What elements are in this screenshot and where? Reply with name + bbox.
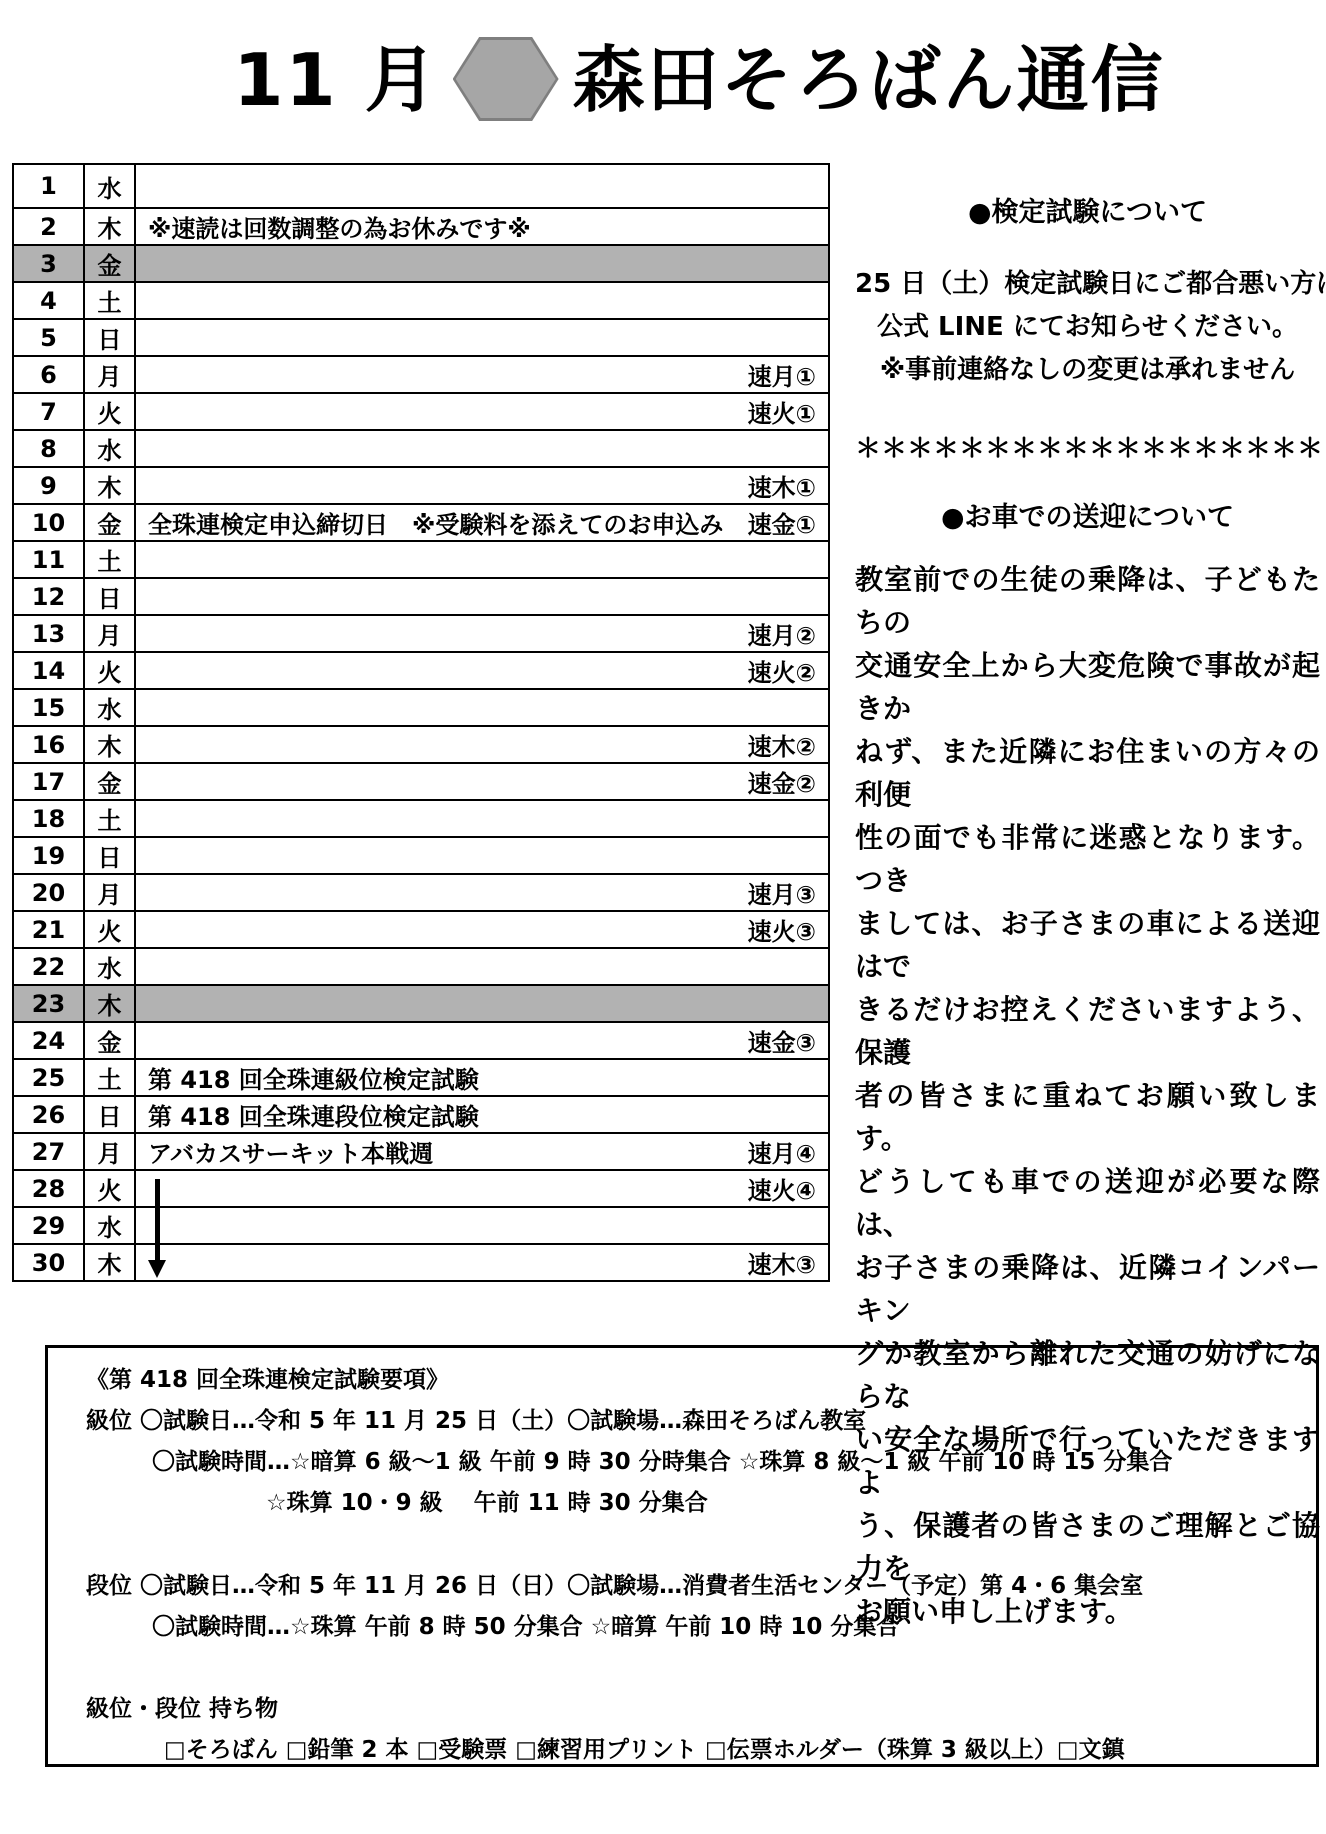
day-number: 17 <box>13 763 84 800</box>
weekday: 日 <box>84 837 135 874</box>
event-cell <box>135 985 829 1022</box>
day-number: 26 <box>13 1096 84 1133</box>
event-cell <box>135 164 829 208</box>
calendar-row-day-14: 14火速火② <box>13 652 829 689</box>
pickup-line: 交通安全上から大変危険で事故が起きか <box>855 644 1320 730</box>
weekday: 火 <box>84 1170 135 1207</box>
lesson-label: 速月② <box>748 616 816 651</box>
weekday: 木 <box>84 985 135 1022</box>
day-number: 9 <box>13 467 84 504</box>
weekday: 金 <box>84 763 135 800</box>
day-number: 4 <box>13 282 84 319</box>
calendar-row-day-15: 15水 <box>13 689 829 726</box>
newsletter-page: 11 月 森田そろばん通信 1水2木※速読は回数調整の為お休みです※3金4土5日… <box>0 0 1326 1834</box>
lesson-label: 速火① <box>748 394 816 429</box>
weekday: 木 <box>84 1244 135 1281</box>
weekday: 金 <box>84 245 135 282</box>
pickup-line: お子さまの乗降は、近隣コインパーキン <box>855 1246 1320 1332</box>
calendar-row-day-16: 16木速木② <box>13 726 829 763</box>
event-cell: 速火④ <box>135 1170 829 1207</box>
calendar-wrap: 1水2木※速読は回数調整の為お休みです※3金4土5日6月速月①7火速火①8水9木… <box>12 163 830 1282</box>
calendar-row-day-20: 20月速月③ <box>13 874 829 911</box>
title-month: 11 月 <box>233 22 438 126</box>
weekday: 月 <box>84 874 135 911</box>
day-number: 16 <box>13 726 84 763</box>
weekday: 月 <box>84 615 135 652</box>
lesson-label: 速木② <box>748 727 816 762</box>
event-cell: 速火① <box>135 393 829 430</box>
exam-section-line: 公式 LINE にてお知らせください。 <box>855 306 1320 349</box>
lesson-label: 速木③ <box>748 1245 816 1280</box>
calendar-row-day-11: 11土 <box>13 541 829 578</box>
event-cell: 速月③ <box>135 874 829 911</box>
pickup-line: ましては、お子さまの車による送迎はで <box>855 902 1320 988</box>
weekday: 金 <box>84 1022 135 1059</box>
calendar-row-day-27: 27月アバカスサーキット本戦週速月④ <box>13 1133 829 1170</box>
weekday: 火 <box>84 911 135 948</box>
calendar-row-day-22: 22水 <box>13 948 829 985</box>
newsletter-title: 11 月 森田そろばん通信 <box>36 22 1326 126</box>
event-cell: 第 418 回全珠連段位検定試験 <box>135 1096 829 1133</box>
event-cell: 速木③ <box>135 1244 829 1281</box>
calendar-table: 1水2木※速読は回数調整の為お休みです※3金4土5日6月速月①7火速火①8水9木… <box>12 163 830 1282</box>
calendar-row-day-30: 30木速木③ <box>13 1244 829 1281</box>
event-cell <box>135 282 829 319</box>
calendar-row-day-29: 29水 <box>13 1207 829 1244</box>
title-name: 森田そろばん通信 <box>573 22 1165 126</box>
weekday: 水 <box>84 948 135 985</box>
hexagon-icon <box>453 37 559 121</box>
belongings-checklist: □そろばん □鉛筆 2 本 □受験票 □練習用プリント □伝票ホルダー（珠算 3… <box>48 1730 1316 1771</box>
continuation-arrow-line <box>155 1179 160 1260</box>
kyui-exam-date-line: 級位 〇試験日…令和 5 年 11 月 25 日（土）〇試験場…森田そろばん教室 <box>48 1401 1316 1442</box>
calendar-row-day-1: 1水 <box>13 164 829 208</box>
event-cell <box>135 837 829 874</box>
day-number: 8 <box>13 430 84 467</box>
weekday: 火 <box>84 652 135 689</box>
lesson-label: 速金③ <box>748 1023 816 1058</box>
lesson-label: 速月① <box>748 357 816 392</box>
weekday: 木 <box>84 726 135 763</box>
day-number: 19 <box>13 837 84 874</box>
day-number: 27 <box>13 1133 84 1170</box>
day-number: 13 <box>13 615 84 652</box>
hexagon-icon-fill <box>456 40 556 118</box>
event-cell <box>135 541 829 578</box>
pickup-line: どうしても車での送迎が必要な際は、 <box>855 1160 1320 1246</box>
event-cell <box>135 319 829 356</box>
pickup-line: 教室前での生徒の乗降は、子どもたちの <box>855 558 1320 644</box>
day-number: 28 <box>13 1170 84 1207</box>
calendar-row-day-26: 26日第 418 回全珠連段位検定試験 <box>13 1096 829 1133</box>
event-cell <box>135 689 829 726</box>
weekday: 水 <box>84 1207 135 1244</box>
event-cell: 速月② <box>135 615 829 652</box>
event-cell: 第 418 回全珠連級位検定試験 <box>135 1059 829 1096</box>
weekday: 金 <box>84 504 135 541</box>
event-cell <box>135 948 829 985</box>
calendar-row-day-25: 25土第 418 回全珠連級位検定試験 <box>13 1059 829 1096</box>
weekday: 月 <box>84 356 135 393</box>
continuation-arrow <box>148 1179 166 1278</box>
asterisk-separator: ＊＊＊＊＊＊＊＊＊＊＊＊＊＊＊＊＊＊ <box>855 428 1320 465</box>
weekday: 木 <box>84 208 135 245</box>
continuation-arrow-head <box>148 1260 166 1278</box>
event-text: 第 418 回全珠連段位検定試験 <box>148 1097 479 1132</box>
calendar-row-day-17: 17金速金② <box>13 763 829 800</box>
day-number: 29 <box>13 1207 84 1244</box>
day-number: 15 <box>13 689 84 726</box>
lesson-label: 速火② <box>748 653 816 688</box>
weekday: 土 <box>84 800 135 837</box>
event-cell <box>135 430 829 467</box>
lesson-label: 速金② <box>748 764 816 799</box>
lesson-label: 速月④ <box>748 1134 816 1169</box>
event-cell: 速火③ <box>135 911 829 948</box>
weekday: 水 <box>84 430 135 467</box>
calendar-row-day-19: 19日 <box>13 837 829 874</box>
day-number: 3 <box>13 245 84 282</box>
event-cell: 速木① <box>135 467 829 504</box>
event-cell <box>135 800 829 837</box>
kyui-exam-time-line: 〇試験時間…☆暗算 6 級～1 級 午前 9 時 30 分時集合 ☆珠算 8 級… <box>48 1442 1316 1483</box>
day-number: 22 <box>13 948 84 985</box>
event-text: アバカスサーキット本戦週 <box>148 1134 433 1169</box>
day-number: 18 <box>13 800 84 837</box>
calendar-row-day-6: 6月速月① <box>13 356 829 393</box>
exam-requirements-box: 《第 418 回全珠連検定試験要項》 級位 〇試験日…令和 5 年 11 月 2… <box>45 1345 1319 1767</box>
kyui-exam-time-line2: ☆珠算 10・9 級 午前 11 時 30 分集合 <box>48 1483 1316 1524</box>
day-number: 10 <box>13 504 84 541</box>
event-cell: 全珠連検定申込締切日 ※受験料を添えてのお申込み速金① <box>135 504 829 541</box>
day-number: 2 <box>13 208 84 245</box>
event-cell <box>135 1207 829 1244</box>
calendar-row-day-3: 3金 <box>13 245 829 282</box>
exam-section-body: 25 日（土）検定試験日にご都合悪い方は 公式 LINE にてお知らせください。… <box>855 263 1320 392</box>
day-number: 5 <box>13 319 84 356</box>
calendar-row-day-13: 13月速月② <box>13 615 829 652</box>
weekday: 水 <box>84 164 135 208</box>
event-cell: 速月① <box>135 356 829 393</box>
weekday: 日 <box>84 578 135 615</box>
event-cell: 速金③ <box>135 1022 829 1059</box>
weekday: 土 <box>84 1059 135 1096</box>
calendar-row-day-5: 5日 <box>13 319 829 356</box>
calendar-row-day-24: 24金速金③ <box>13 1022 829 1059</box>
calendar-row-day-2: 2木※速読は回数調整の為お休みです※ <box>13 208 829 245</box>
weekday: 土 <box>84 541 135 578</box>
day-number: 6 <box>13 356 84 393</box>
day-number: 24 <box>13 1022 84 1059</box>
exam-section-line: 25 日（土）検定試験日にご都合悪い方は <box>855 263 1320 306</box>
exam-section-heading: ●検定試験について <box>855 190 1320 229</box>
pickup-line: 性の面でも非常に迷惑となります。つき <box>855 816 1320 902</box>
event-cell: ※速読は回数調整の為お休みです※ <box>135 208 829 245</box>
lesson-label: 速金① <box>748 505 816 540</box>
calendar-row-day-23: 23木 <box>13 985 829 1022</box>
day-number: 7 <box>13 393 84 430</box>
dani-exam-date-line: 段位 〇試験日…令和 5 年 11 月 26 日（日）〇試験場…消費者生活センタ… <box>48 1566 1316 1607</box>
calendar-row-day-10: 10金全珠連検定申込締切日 ※受験料を添えてのお申込み速金① <box>13 504 829 541</box>
event-text: ※速読は回数調整の為お休みです※ <box>148 209 531 244</box>
lesson-label: 速月③ <box>748 875 816 910</box>
weekday: 火 <box>84 393 135 430</box>
pickup-section-heading: ●お車での送迎について <box>855 495 1320 534</box>
calendar-row-day-21: 21火速火③ <box>13 911 829 948</box>
day-number: 25 <box>13 1059 84 1096</box>
weekday: 木 <box>84 467 135 504</box>
event-text: 全珠連検定申込締切日 ※受験料を添えてのお申込み <box>148 505 723 540</box>
day-number: 11 <box>13 541 84 578</box>
event-cell: 速木② <box>135 726 829 763</box>
calendar-row-day-8: 8水 <box>13 430 829 467</box>
event-cell <box>135 245 829 282</box>
lesson-label: 速火③ <box>748 912 816 947</box>
event-cell <box>135 578 829 615</box>
event-cell: アバカスサーキット本戦週速月④ <box>135 1133 829 1170</box>
calendar-row-day-4: 4土 <box>13 282 829 319</box>
lesson-label: 速木① <box>748 468 816 503</box>
event-cell: 速金② <box>135 763 829 800</box>
exam-section-line: ※事前連絡なしの変更は承れません <box>855 349 1320 392</box>
day-number: 23 <box>13 985 84 1022</box>
day-number: 30 <box>13 1244 84 1281</box>
belongings-heading: 級位・段位 持ち物 <box>48 1689 1316 1730</box>
weekday: 日 <box>84 319 135 356</box>
pickup-line: きるだけお控えくださいますよう、保護 <box>855 988 1320 1074</box>
weekday: 月 <box>84 1133 135 1170</box>
weekday: 日 <box>84 1096 135 1133</box>
weekday: 土 <box>84 282 135 319</box>
event-text: 第 418 回全珠連級位検定試験 <box>148 1060 479 1095</box>
day-number: 14 <box>13 652 84 689</box>
pickup-line: ねず、また近隣にお住まいの方々の利便 <box>855 730 1320 816</box>
calendar-row-day-9: 9木速木① <box>13 467 829 504</box>
calendar-row-day-18: 18土 <box>13 800 829 837</box>
event-cell: 速火② <box>135 652 829 689</box>
day-number: 12 <box>13 578 84 615</box>
dani-exam-time-line: 〇試験時間…☆珠算 午前 8 時 50 分集合 ☆暗算 午前 10 時 10 分… <box>48 1607 1316 1648</box>
calendar-row-day-28: 28火速火④ <box>13 1170 829 1207</box>
requirements-title: 《第 418 回全珠連検定試験要項》 <box>48 1360 1316 1401</box>
pickup-line: 者の皆さまに重ねてお願い致します。 <box>855 1074 1320 1160</box>
weekday: 水 <box>84 689 135 726</box>
calendar-row-day-12: 12日 <box>13 578 829 615</box>
lesson-label: 速火④ <box>748 1171 816 1206</box>
day-number: 1 <box>13 164 84 208</box>
day-number: 21 <box>13 911 84 948</box>
day-number: 20 <box>13 874 84 911</box>
calendar-row-day-7: 7火速火① <box>13 393 829 430</box>
